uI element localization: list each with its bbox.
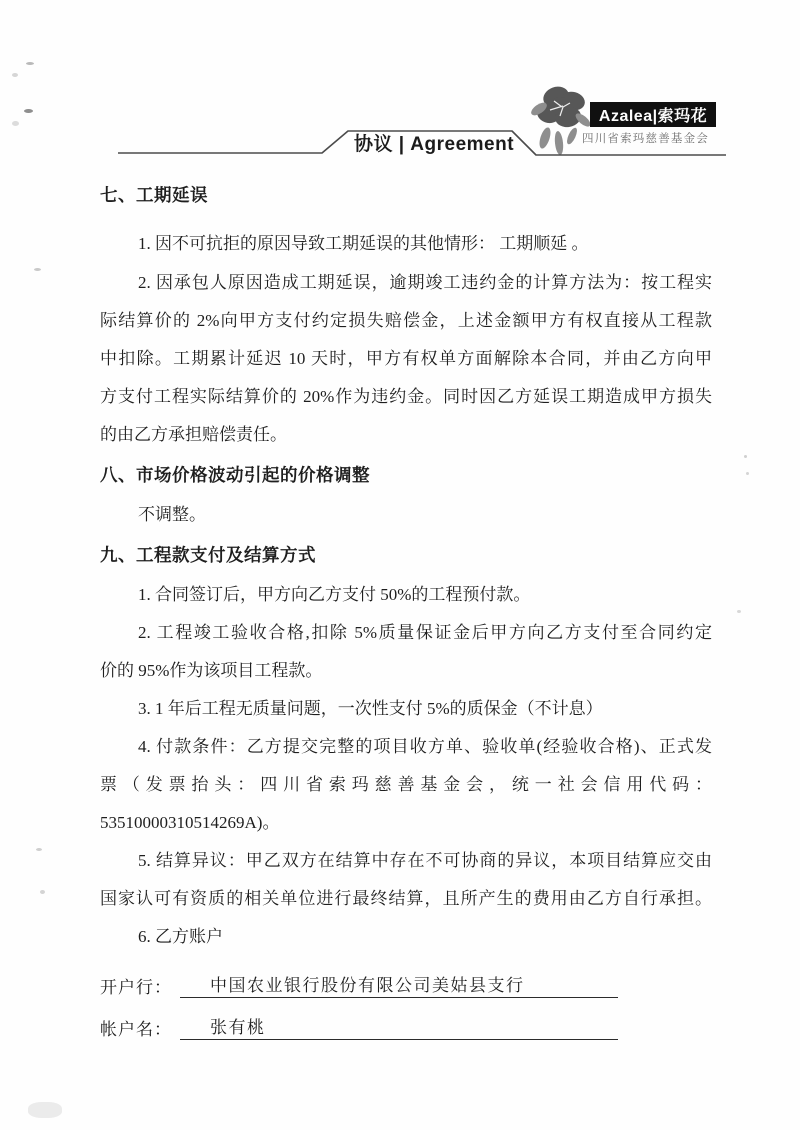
scanned-agreement-page: Azalea|索玛花 四川省索玛慈善基金会 协议 | Agreement 七、工… bbox=[0, 0, 800, 1130]
clause-9-6: 6. 乙方账户 bbox=[100, 918, 712, 956]
scan-speckle bbox=[744, 455, 747, 458]
scan-speckle bbox=[36, 848, 42, 851]
bank-branch-value: 中国农业银行股份有限公司美姑县支行 bbox=[180, 971, 618, 998]
heading-section-7: 七、工期延误 bbox=[100, 172, 712, 224]
clause-7-2-line-4: 方支付工程实际结算价的 20%作为违约金。同时因乙方延误工期造成甲方损失 bbox=[100, 378, 712, 416]
scan-speckle bbox=[34, 268, 41, 271]
clause-7-2-line-5: 的由乙方承担赔偿责任。 bbox=[100, 416, 712, 454]
scan-speckle bbox=[40, 890, 45, 894]
account-name-row: 帐户名： 张有桃 bbox=[100, 998, 712, 1040]
clause-7-2-line-2: 际结算价的 2%向甲方支付约定损失赔偿金，上述金额甲方有权直接从工程款 bbox=[100, 302, 712, 340]
scan-speckle bbox=[737, 610, 741, 613]
bank-branch-label: 开户行： bbox=[100, 973, 180, 998]
clause-9-5-line-2: 国家认可有资质的相关单位进行最终结算，且所产生的费用由乙方自行承担。 bbox=[100, 880, 712, 918]
agreement-banner: 协议 | Agreement bbox=[110, 120, 732, 164]
agreement-body: 七、工期延误 1. 因不可抗拒的原因导致工期延误的其他情形： 工期顺延 。 2.… bbox=[100, 172, 712, 1040]
scan-speckle bbox=[24, 109, 33, 113]
banner-title: 协议 | Agreement bbox=[334, 129, 534, 156]
clause-9-2-line-1: 2. 工程竣工验收合格,扣除 5%质量保证金后甲方向乙方支付至合同约定 bbox=[100, 614, 712, 652]
clause-7-2-line-1: 2. 因承包人原因造成工期延误，逾期竣工违约金的计算方法为：按工程实 bbox=[100, 264, 712, 302]
scan-speckle bbox=[12, 73, 18, 77]
account-name-label: 帐户名： bbox=[100, 1015, 180, 1040]
clause-9-3: 3. 1 年后工程无质量问题，一次性支付 5%的质保金（不计息） bbox=[100, 690, 712, 728]
clause-9-2-line-2: 价的 95%作为该项目工程款。 bbox=[100, 652, 712, 690]
heading-section-8: 八、市场价格波动引起的价格调整 bbox=[100, 454, 712, 496]
account-name-value: 张有桃 bbox=[180, 1013, 618, 1040]
clause-9-4-line-1: 4. 付款条件：乙方提交完整的项目收方单、验收单(经验收合格)、正式发 bbox=[100, 728, 712, 766]
clause-8-1: 不调整。 bbox=[100, 496, 712, 534]
scan-smudge bbox=[28, 1102, 62, 1118]
scan-speckle bbox=[746, 472, 749, 475]
scan-speckle bbox=[26, 62, 34, 65]
clause-9-4-line-3: 53510000310514269A)。 bbox=[100, 804, 712, 842]
clause-7-2-line-3: 中扣除。工期累计延迟 10 天时，甲方有权单方面解除本合同，并由乙方向甲 bbox=[100, 340, 712, 378]
bank-branch-row: 开户行： 中国农业银行股份有限公司美姑县支行 bbox=[100, 956, 712, 998]
clause-7-1: 1. 因不可抗拒的原因导致工期延误的其他情形： 工期顺延 。 bbox=[100, 224, 712, 264]
clause-9-4-line-2: 票（发票抬头：四川省索玛慈善基金会，统一社会信用代码： bbox=[100, 766, 712, 804]
scan-speckle bbox=[12, 121, 19, 126]
clause-9-1: 1. 合同签订后，甲方向乙方支付 50%的工程预付款。 bbox=[100, 576, 712, 614]
clause-9-5-line-1: 5. 结算异议：甲乙双方在结算中存在不可协商的异议，本项目结算应交由 bbox=[100, 842, 712, 880]
heading-section-9: 九、工程款支付及结算方式 bbox=[100, 534, 712, 576]
